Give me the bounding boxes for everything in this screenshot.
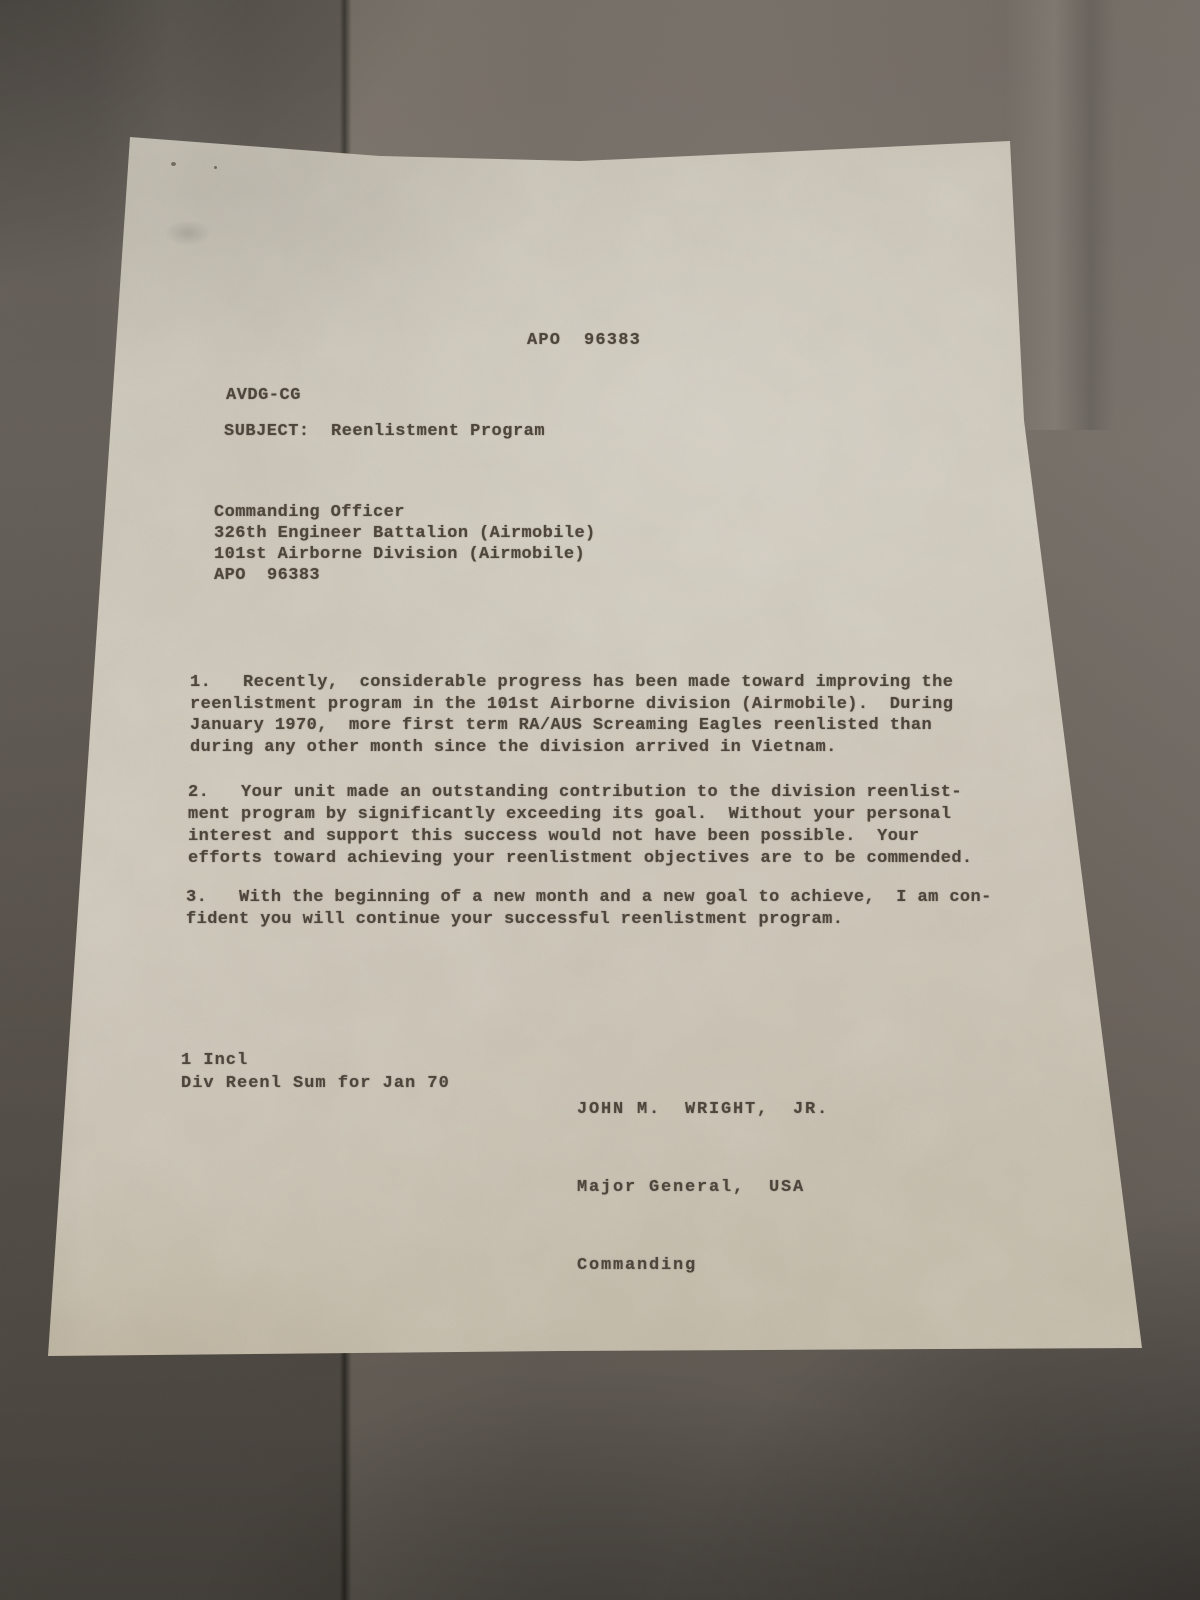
signature-name: JOHN M. WRIGHT, JR. xyxy=(577,1097,829,1123)
fabric-fold-right xyxy=(1005,0,1115,430)
letterhead-apo: APO 96383 xyxy=(527,330,641,352)
office-symbol: AVDG-CG xyxy=(226,385,301,407)
subject-line: SUBJECT: Reenlistment Program xyxy=(224,421,545,443)
paragraph-2: 2. Your unit made an outstanding contrib… xyxy=(188,782,973,870)
signature-block: JOHN M. WRIGHT, JR. Major General, USA C… xyxy=(577,1045,829,1331)
photo-scene: APO 96383 AVDG-CG SUBJECT: Reenlistment … xyxy=(0,0,1200,1600)
signature-title: Commanding xyxy=(577,1253,829,1279)
paragraph-3: 3. With the beginning of a new month and… xyxy=(186,887,992,931)
paragraph-1: 1. Recently, considerable progress has b… xyxy=(190,672,953,758)
enclosure-block: 1 Incl Div Reenl Sum for Jan 70 xyxy=(181,1049,450,1095)
signature-rank: Major General, USA xyxy=(577,1175,829,1201)
address-block: Commanding Officer 326th Engineer Battal… xyxy=(214,502,596,586)
